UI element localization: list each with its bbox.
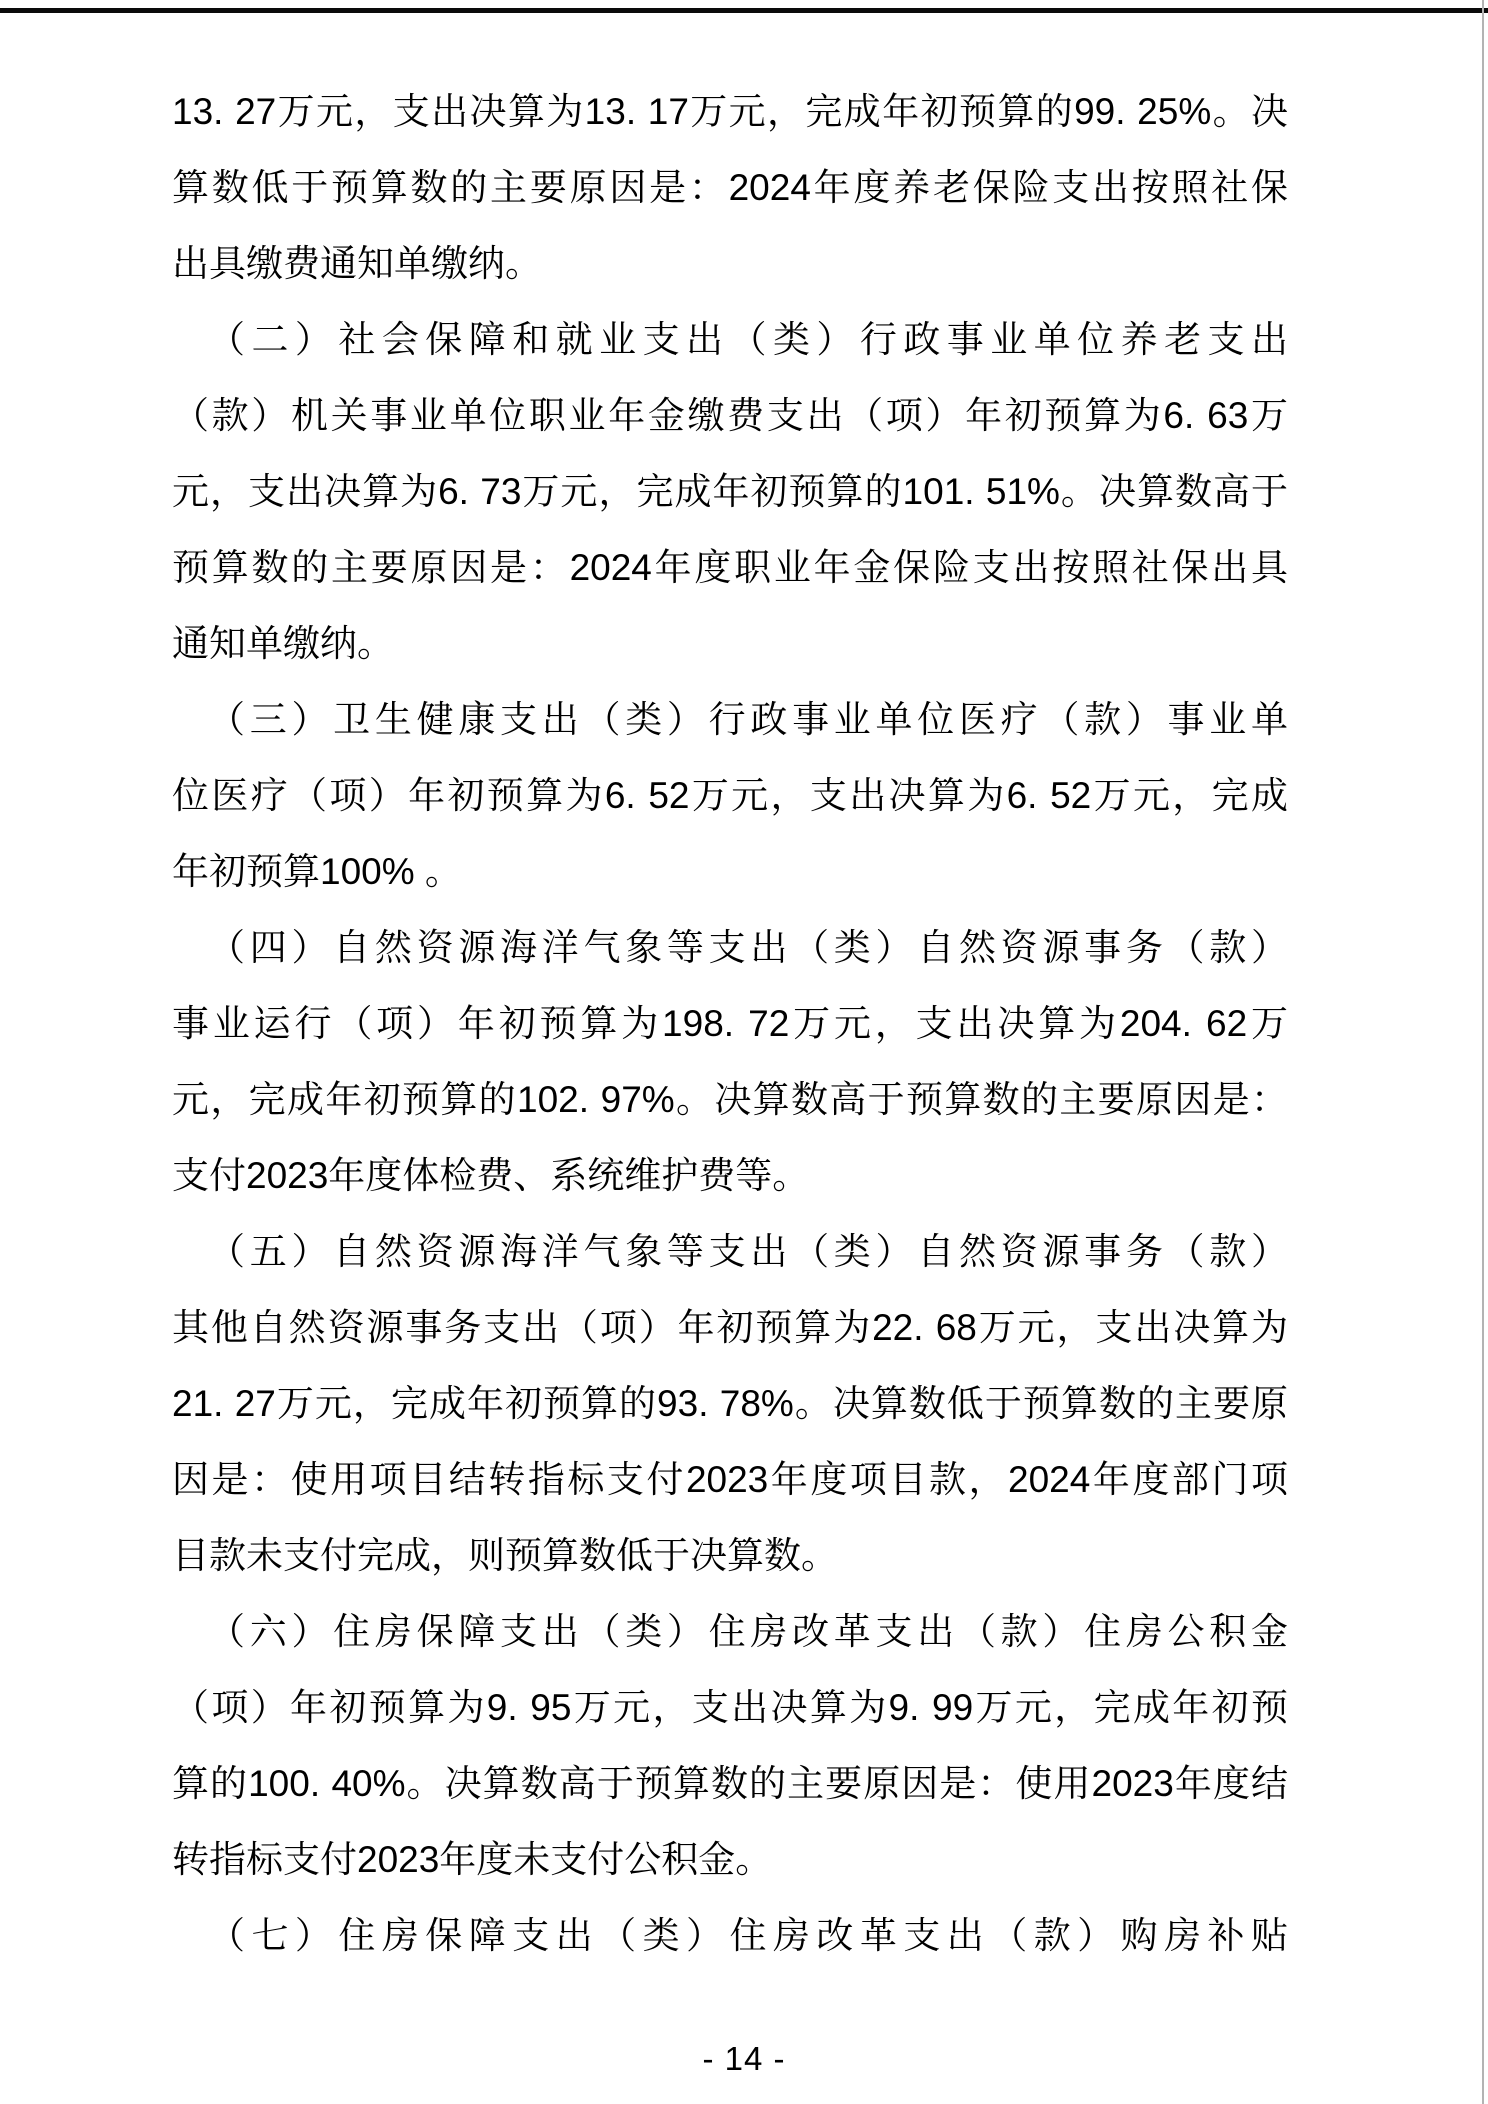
document-line: 预算数的主要原因是：2024年度职业年金保险支出按照社保出具: [172, 530, 1288, 606]
document-line: 13. 27万元，支出决算为13. 17万元，完成年初预算的99. 25%。决: [172, 74, 1288, 150]
document-line: 目款未支付完成，则预算数低于决算数。: [172, 1518, 1288, 1594]
document-line: 算数低于预算数的主要原因是：2024年度养老保险支出按照社保: [172, 150, 1288, 226]
paragraph: （二）社会保障和就业支出（类）行政事业单位养老支出（款）机关事业单位职业年金缴费…: [172, 302, 1288, 682]
document-page: 13. 27万元，支出决算为13. 17万元，完成年初预算的99. 25%。决算…: [0, 0, 1488, 2104]
document-line: （二）社会保障和就业支出（类）行政事业单位养老支出: [172, 302, 1288, 378]
paragraph: （七）住房保障支出（类）住房改革支出（款）购房补贴: [172, 1898, 1288, 1974]
paragraph: （六）住房保障支出（类）住房改革支出（款）住房公积金（项）年初预算为9. 95万…: [172, 1594, 1288, 1898]
document-line: 出具缴费通知单缴纳。: [172, 226, 1288, 302]
document-line: 事业运行（项）年初预算为198. 72万元，支出决算为204. 62万: [172, 986, 1288, 1062]
document-line: 元，完成年初预算的102. 97%。决算数高于预算数的主要原因是：: [172, 1062, 1288, 1138]
document-line: （七）住房保障支出（类）住房改革支出（款）购房补贴: [172, 1898, 1288, 1974]
document-line: （五）自然资源海洋气象等支出（类）自然资源事务（款）: [172, 1214, 1288, 1290]
document-line: （项）年初预算为9. 95万元，支出决算为9. 99万元，完成年初预: [172, 1670, 1288, 1746]
document-line: 21. 27万元，完成年初预算的93. 78%。决算数低于预算数的主要原: [172, 1366, 1288, 1442]
document-body: 13. 27万元，支出决算为13. 17万元，完成年初预算的99. 25%。决算…: [172, 74, 1288, 1974]
document-line: 元，支出决算为6. 73万元，完成年初预算的101. 51%。决算数高于: [172, 454, 1288, 530]
document-line: 转指标支付2023年度未支付公积金。: [172, 1822, 1288, 1898]
document-line: 支付2023年度体检费、系统维护费等。: [172, 1138, 1288, 1214]
document-line: 其他自然资源事务支出（项）年初预算为22. 68万元，支出决算为: [172, 1290, 1288, 1366]
page-number: - 14 -: [0, 2040, 1488, 2078]
document-line: 算的100. 40%。决算数高于预算数的主要原因是：使用2023年度结: [172, 1746, 1288, 1822]
document-line: 位医疗（项）年初预算为6. 52万元，支出决算为6. 52万元，完成: [172, 758, 1288, 834]
document-line: （四）自然资源海洋气象等支出（类）自然资源事务（款）: [172, 910, 1288, 986]
document-line: 通知单缴纳。: [172, 606, 1288, 682]
document-line: 年初预算100% 。: [172, 834, 1288, 910]
document-line: （款）机关事业单位职业年金缴费支出（项）年初预算为6. 63万: [172, 378, 1288, 454]
document-line: （三）卫生健康支出（类）行政事业单位医疗（款）事业单: [172, 682, 1288, 758]
document-line: （六）住房保障支出（类）住房改革支出（款）住房公积金: [172, 1594, 1288, 1670]
document-line: 因是：使用项目结转指标支付2023年度项目款，2024年度部门项: [172, 1442, 1288, 1518]
paragraph: （四）自然资源海洋气象等支出（类）自然资源事务（款）事业运行（项）年初预算为19…: [172, 910, 1288, 1214]
scan-top-edge-line: [0, 8, 1488, 13]
paragraph: （五）自然资源海洋气象等支出（类）自然资源事务（款）其他自然资源事务支出（项）年…: [172, 1214, 1288, 1594]
paragraph: （三）卫生健康支出（类）行政事业单位医疗（款）事业单位医疗（项）年初预算为6. …: [172, 682, 1288, 910]
paragraph: 13. 27万元，支出决算为13. 17万元，完成年初预算的99. 25%。决算…: [172, 74, 1288, 302]
scan-right-edge-line: [1482, 0, 1484, 2104]
